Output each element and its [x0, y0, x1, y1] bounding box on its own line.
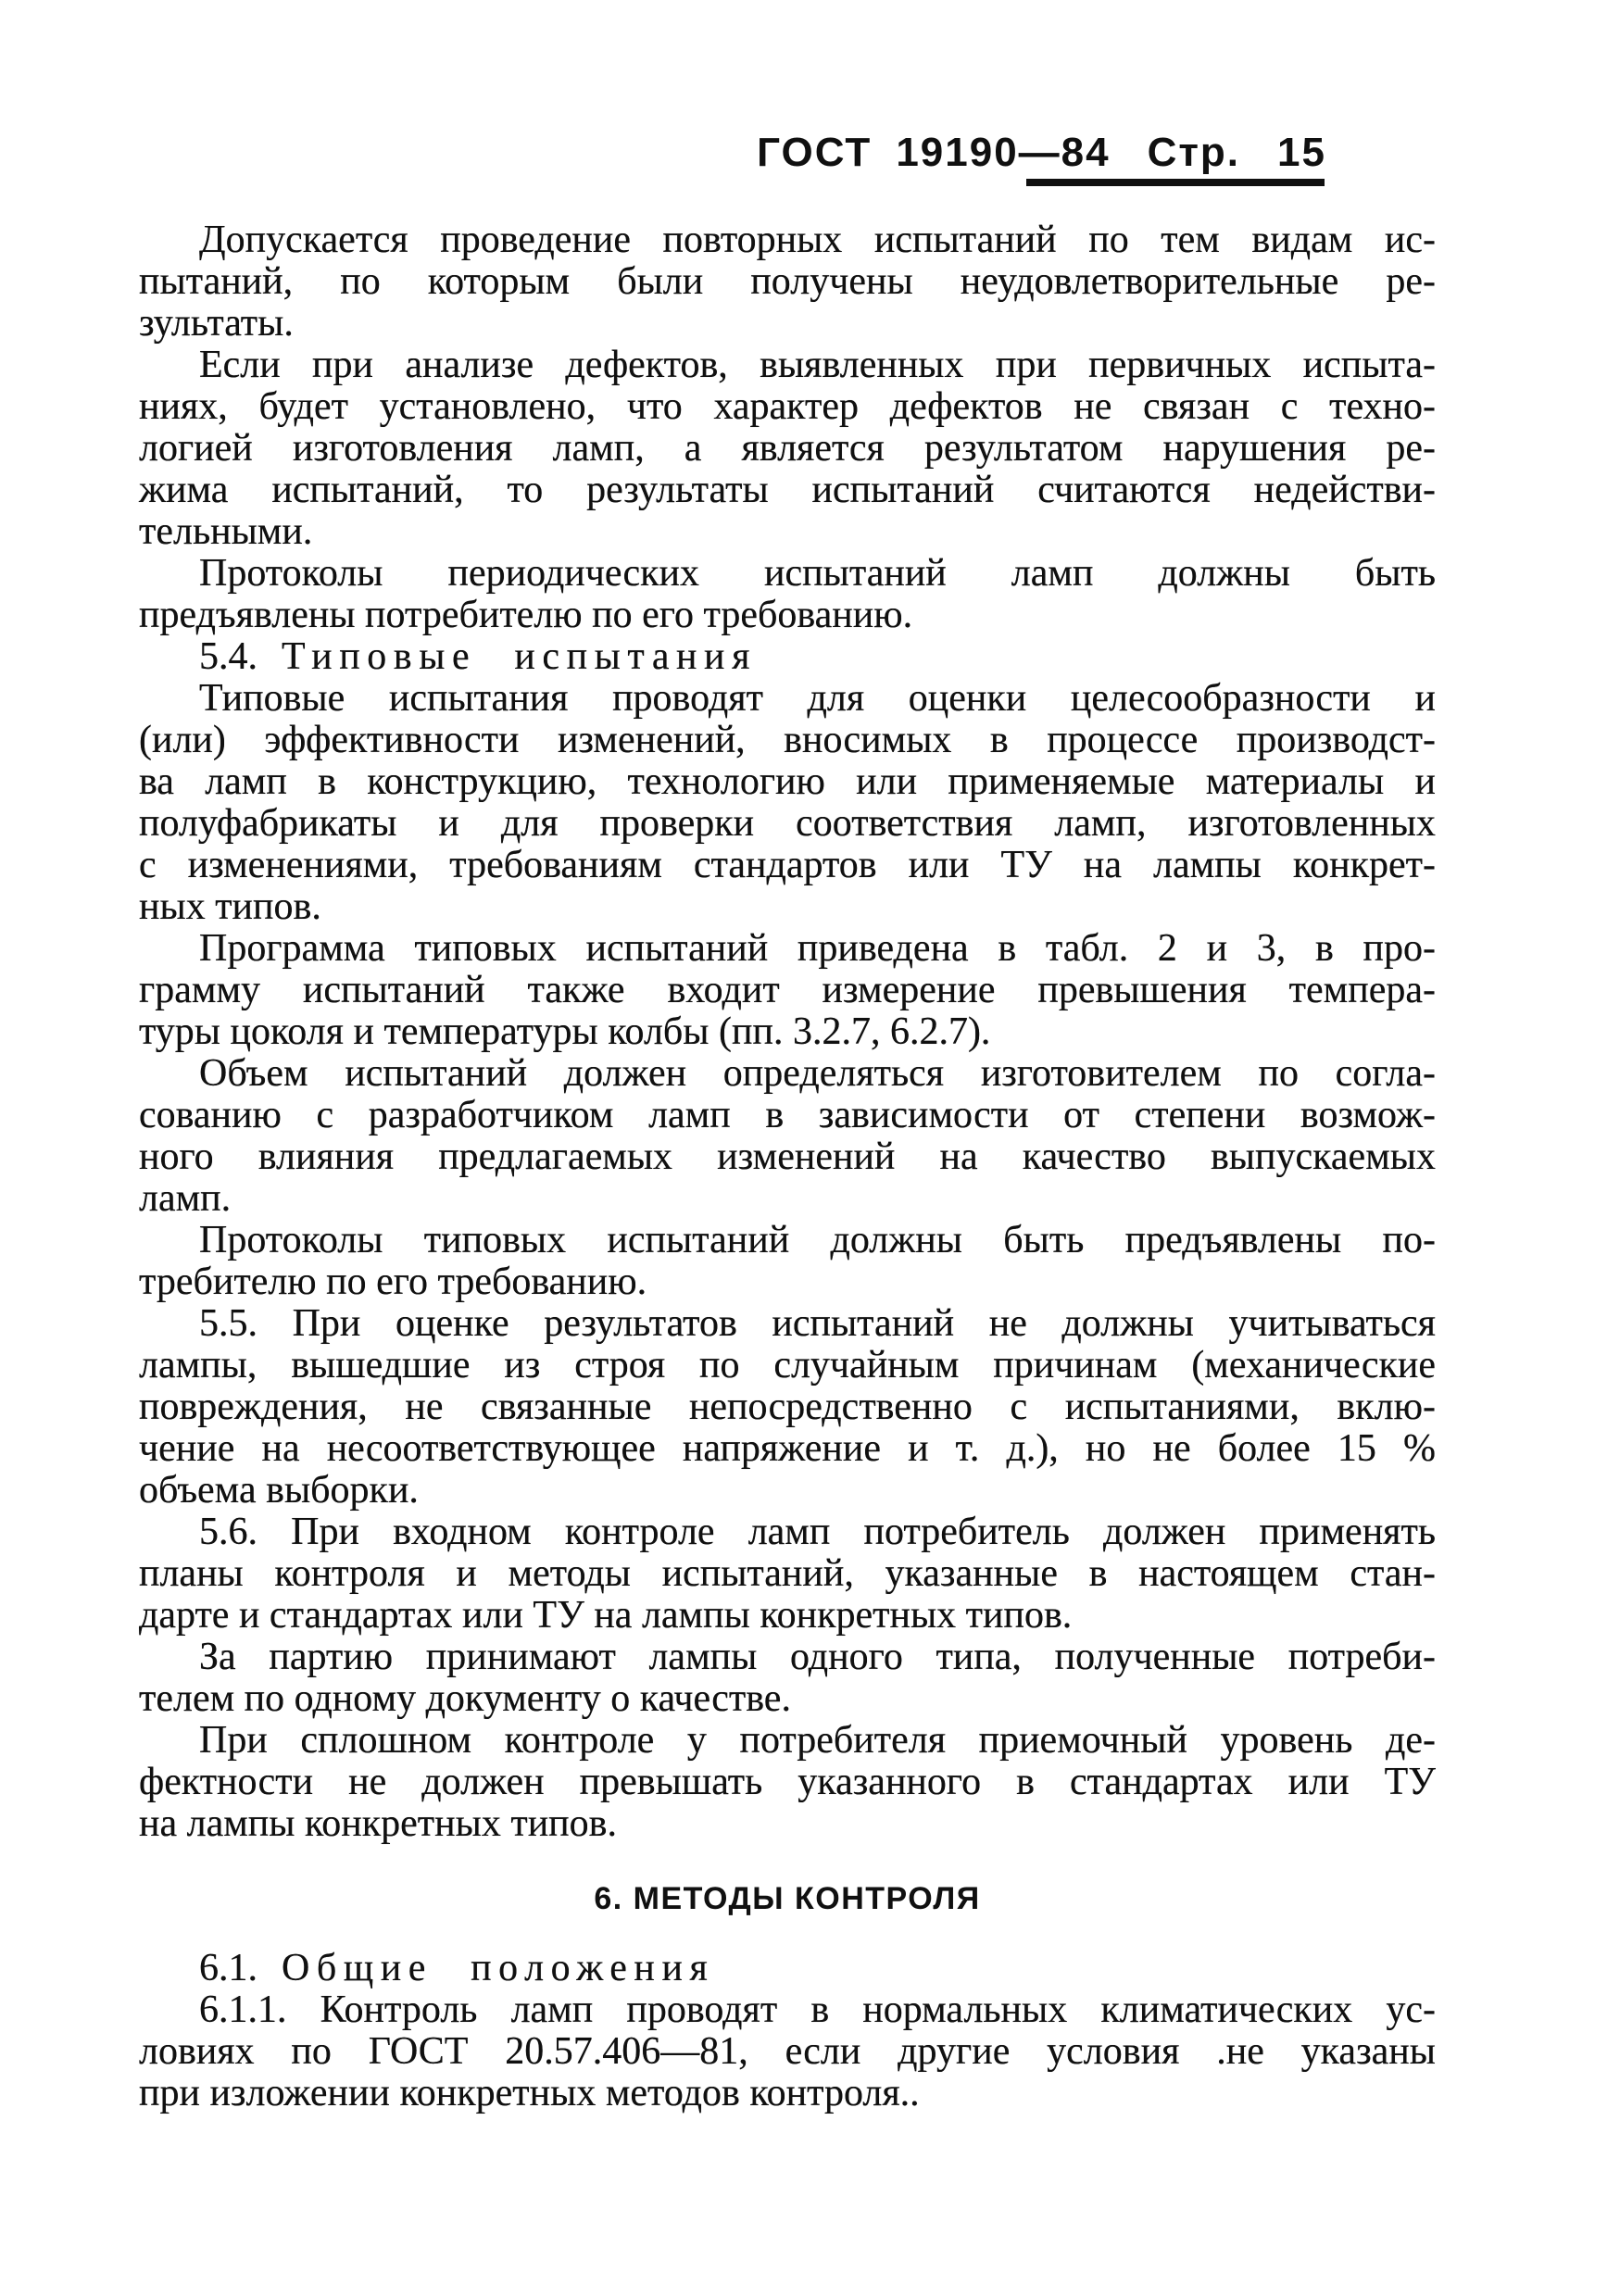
page-number: 15 [1277, 130, 1326, 176]
text-line: сованию с разработчиком ламп в зависимос… [139, 1095, 1436, 1136]
text-line: на лампы конкретных типов. [139, 1803, 1436, 1845]
text-line: объема выборки. [139, 1470, 1436, 1512]
text-line: Программа типовых испытаний приведена в … [139, 928, 1436, 970]
page-label: Стр. [1148, 130, 1240, 176]
text-line: с изменениями, требованиям стандартов ил… [139, 845, 1436, 886]
paragraph: Протоколы периодических испытаний ламп д… [139, 553, 1436, 636]
paragraph: Программа типовых испытаний приведена в … [139, 928, 1436, 1053]
text-line: при изложении конкретных методов контрол… [139, 2073, 1436, 2114]
paragraph: За партию принимают лампы одного типа, п… [139, 1637, 1436, 1720]
text-line: Протоколы периодических испытаний ламп д… [139, 553, 1436, 595]
clause-title: Типовые испытания [282, 635, 757, 678]
clause-heading: 5.4.Типовые испытания [139, 636, 1436, 678]
text-line: чение на несоответствующее напряжение и … [139, 1428, 1436, 1470]
text-line: ных типов. [139, 886, 1436, 928]
text-line: 6.1.1. Контроль ламп проводят в нормальн… [139, 1989, 1436, 2031]
header-rule [1026, 179, 1325, 186]
clause-number: 5.4. [199, 635, 257, 678]
text-line: планы контроля и методы испытаний, указа… [139, 1553, 1436, 1595]
text-line: тельными. [139, 511, 1436, 553]
text-line: пытаний, по которым были получены неудов… [139, 261, 1436, 303]
text-line: лампы, вышедшие из строя по случайным пр… [139, 1345, 1436, 1386]
text-line: туры цоколя и температуры колбы (пп. 3.2… [139, 1011, 1436, 1053]
paragraph: Объем испытаний должен определяться изго… [139, 1053, 1436, 1220]
text-line: За партию принимают лампы одного типа, п… [139, 1637, 1436, 1678]
text-line: Протоколы типовых испытаний должны быть … [139, 1220, 1436, 1261]
text-line: ламп. [139, 1178, 1436, 1220]
text-line: грамму испытаний также входит измерение … [139, 970, 1436, 1011]
paragraph: 5.5. При оценке результатов испытаний не… [139, 1303, 1436, 1512]
paragraph: Допускается проведение повторных испытан… [139, 220, 1436, 345]
clause-number: 6.1. [199, 1947, 257, 1989]
document-body: Допускается проведение повторных испытан… [139, 220, 1436, 2114]
text-line: требителю по его требованию. [139, 1261, 1436, 1303]
text-line: полуфабрикаты и для проверки соответстви… [139, 803, 1436, 845]
text-line: ниях, будет установлено, что характер де… [139, 386, 1436, 428]
text-line: 5.5. При оценке результатов испытаний не… [139, 1303, 1436, 1345]
text-line: Объем испытаний должен определяться изго… [139, 1053, 1436, 1095]
text-line: ловиях по ГОСТ 20.57.406—81, если другие… [139, 2031, 1436, 2073]
document-page: ГОСТ 19190—84 Стр. 15 Допускается провед… [0, 0, 1620, 2296]
text-line: зультаты. [139, 303, 1436, 345]
text-line: фектности не должен превышать указанного… [139, 1762, 1436, 1803]
paragraph: При сплошном контроле у потребителя прие… [139, 1720, 1436, 1845]
section-heading: 6. МЕТОДЫ КОНТРОЛЯ [139, 1878, 1436, 1920]
text-line: Допускается проведение повторных испытан… [139, 220, 1436, 261]
text-line: дарте и стандартах или ТУ на лампы конкр… [139, 1595, 1436, 1637]
paragraph: Типовые испытания проводят для оценки це… [139, 678, 1436, 928]
paragraph: Если при анализе дефектов, выявленных пр… [139, 345, 1436, 553]
paragraph: 5.6. При входном контроле ламп потребите… [139, 1512, 1436, 1637]
text-line: Если при анализе дефектов, выявленных пр… [139, 345, 1436, 386]
clause-heading: 6.1.Общие положения [139, 1948, 1436, 1989]
text-line: предъявлены потребителю по его требовани… [139, 595, 1436, 636]
text-line: телем по одному документу о качестве. [139, 1678, 1436, 1720]
paragraph: Протоколы типовых испытаний должны быть … [139, 1220, 1436, 1303]
gost-number: 19190—84 [896, 130, 1110, 176]
paragraph: 6.1.1. Контроль ламп проводят в нормальн… [139, 1989, 1436, 2114]
text-line: ного влияния предлагаемых изменений на к… [139, 1136, 1436, 1178]
text-line: логией изготовления ламп, а является рез… [139, 428, 1436, 470]
text-line: Типовые испытания проводят для оценки це… [139, 678, 1436, 720]
text-line: жима испытаний, то результаты испытаний … [139, 470, 1436, 511]
running-head: ГОСТ 19190—84 Стр. 15 [0, 130, 1326, 176]
text-line: 5.6. При входном контроле ламп потребите… [139, 1512, 1436, 1553]
text-line: ва ламп в конструкцию, технологию или пр… [139, 761, 1436, 803]
clause-title: Общие положения [282, 1947, 714, 1989]
gost-label: ГОСТ [757, 130, 872, 176]
text-line: (или) эффективности изменений, вносимых … [139, 720, 1436, 761]
text-line: При сплошном контроле у потребителя прие… [139, 1720, 1436, 1762]
text-line: повреждения, не связанные непосредственн… [139, 1386, 1436, 1428]
